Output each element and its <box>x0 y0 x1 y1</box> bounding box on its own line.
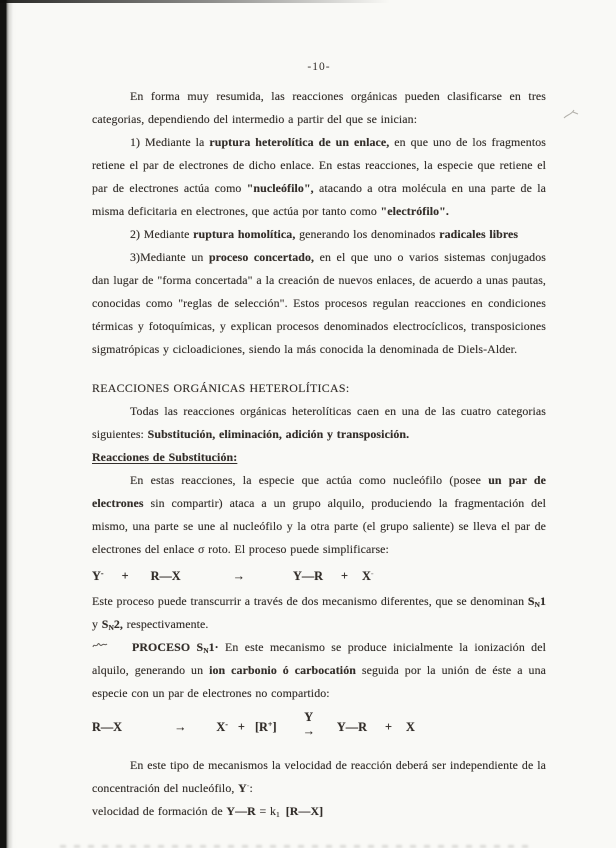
reagent-over-arrow: Y <box>304 710 313 724</box>
subheading-text: Reacciones de Substitución: <box>92 450 237 464</box>
paragraph-mechanisms: Este proceso puede transcurrir a través … <box>92 590 546 636</box>
bold-term: Substitución, eliminación, adición y tra… <box>148 427 410 441</box>
text-segment: sin compartir) ataca a un grupo alquilo,… <box>92 496 546 556</box>
text-segment: 3)Mediante un <box>130 250 209 264</box>
bold-term: ion carbonio ó carbocatión <box>209 663 356 677</box>
plus-operator: + <box>122 566 129 587</box>
paragraph-categories: Todas las reacciones orgánicas heterolít… <box>92 400 546 446</box>
formula-substitution: Y- + R—X → Y—R + X- <box>92 566 546 587</box>
sn2-term: SN2, <box>102 617 123 631</box>
charge-superscript: - <box>225 720 228 729</box>
paragraph-intro: En forma muy resumida, las reacciones or… <box>92 85 546 131</box>
text-segment: Y <box>238 781 247 795</box>
text-segment: 1· <box>209 640 219 654</box>
product-term: Y—R <box>226 804 255 818</box>
text-segment: = k <box>256 804 276 818</box>
bold-term: "electrófilo". <box>381 204 449 218</box>
text-segment: 2, <box>114 617 123 631</box>
bold-term: ruptura heterolítica de un enlace, <box>209 135 389 149</box>
text-segment: 2) Mediante <box>130 227 193 241</box>
subsection-heading: Reacciones de Substitución: <box>92 446 546 469</box>
reaction-arrow: → <box>233 566 245 587</box>
text-segment: En este tipo de mecanismos la velocidad … <box>92 758 546 795</box>
paragraph-substitution: En estas reacciones, la especie que actú… <box>92 469 546 561</box>
plus-operator: + <box>238 717 245 738</box>
substrate-term: R—X <box>151 566 181 587</box>
arrow-with-reagent: Y→ <box>303 710 315 738</box>
heading-text: REACCIONES ORGÁNICAS HETEROLÍTICAS: <box>92 381 349 395</box>
plus-operator: + <box>385 717 392 738</box>
text-segment: ] <box>272 720 276 734</box>
leaving-group-term: X- <box>216 717 228 738</box>
rate-constant-subscript: 1 <box>276 810 280 819</box>
plus-operator: + <box>341 566 348 587</box>
rate-equation: velocidad de formación de Y—R = k1[R—X] <box>92 800 546 823</box>
bold-term: ruptura homolítica, <box>193 227 295 241</box>
product-term: Y—R <box>337 717 367 738</box>
margin-annotation-mark <box>92 640 108 650</box>
text-segment: X <box>362 569 371 583</box>
text-segment: PROCESO S <box>132 640 203 654</box>
text-segment: En estas reacciones, la especie que actú… <box>130 473 488 487</box>
charge-superscript: - <box>101 569 104 578</box>
text-segment: generando los denominados <box>295 227 439 241</box>
leaving-group-term: X- <box>362 566 374 587</box>
substrate-concentration-term: [R—X] <box>286 804 323 818</box>
pencil-mark <box>562 106 582 122</box>
text-segment: y <box>92 617 102 631</box>
leaving-group-term: X <box>406 717 415 738</box>
text-segment: Este proceso puede transcurrir a través … <box>92 594 528 608</box>
sn1-term: SN1 <box>528 594 546 608</box>
text-segment: X <box>216 720 225 734</box>
document-page: -10- En forma muy resumida, las reaccion… <box>0 0 616 848</box>
bold-term: proceso concertado, <box>209 250 314 264</box>
list-item-2: 2) Mediante ruptura homolítica, generand… <box>92 223 546 246</box>
product-term: Y—R <box>293 566 323 587</box>
text-segment: Y <box>92 569 101 583</box>
text-segment: En forma muy resumida, las reacciones or… <box>92 89 546 126</box>
text-segment: : <box>249 781 252 795</box>
scan-edge-top <box>0 0 390 3</box>
list-item-3: 3)Mediante un proceso concertado, en el … <box>92 246 546 361</box>
list-item-1: 1) Mediante la ruptura heterolítica de u… <box>92 131 546 223</box>
reaction-arrow: → <box>174 717 186 738</box>
proceso-label: PROCESO SN1· <box>132 640 219 654</box>
text-column: -10- En forma muy resumida, las reaccion… <box>92 56 546 823</box>
text-segment: 1 <box>540 594 546 608</box>
paragraph-proceso-sn1: PROCESO SN1· En este mecanismo se produc… <box>92 636 546 705</box>
text-segment: [R <box>255 720 268 734</box>
formula-sn1-mechanism: R—X → X- + [R+] Y→ Y—R + X <box>92 710 546 738</box>
section-heading: REACCIONES ORGÁNICAS HETEROLÍTICAS: <box>92 377 546 400</box>
nucleophile-term: Y- <box>238 781 249 795</box>
text-segment: S <box>528 594 535 608</box>
text-segment: velocidad de formación de <box>92 804 226 818</box>
text-segment: 1) Mediante la <box>130 135 209 149</box>
bold-term: "nucleófilo", <box>247 181 314 195</box>
text-segment: respectivamente. <box>123 617 209 631</box>
page-number: -10- <box>92 56 546 79</box>
reaction-arrow: → <box>303 724 315 738</box>
text-segment: en el que uno o varios sistemas conjugad… <box>92 250 546 356</box>
paragraph-rate: En este tipo de mecanismos la velocidad … <box>92 754 546 800</box>
nucleophile-term: Y- <box>92 566 104 587</box>
substrate-term: R—X <box>92 717 122 738</box>
charge-superscript: - <box>371 569 374 578</box>
bold-term: radicales libres <box>439 227 518 241</box>
scan-edge-left <box>0 0 13 848</box>
carbocation-term: [R+] <box>255 717 277 738</box>
